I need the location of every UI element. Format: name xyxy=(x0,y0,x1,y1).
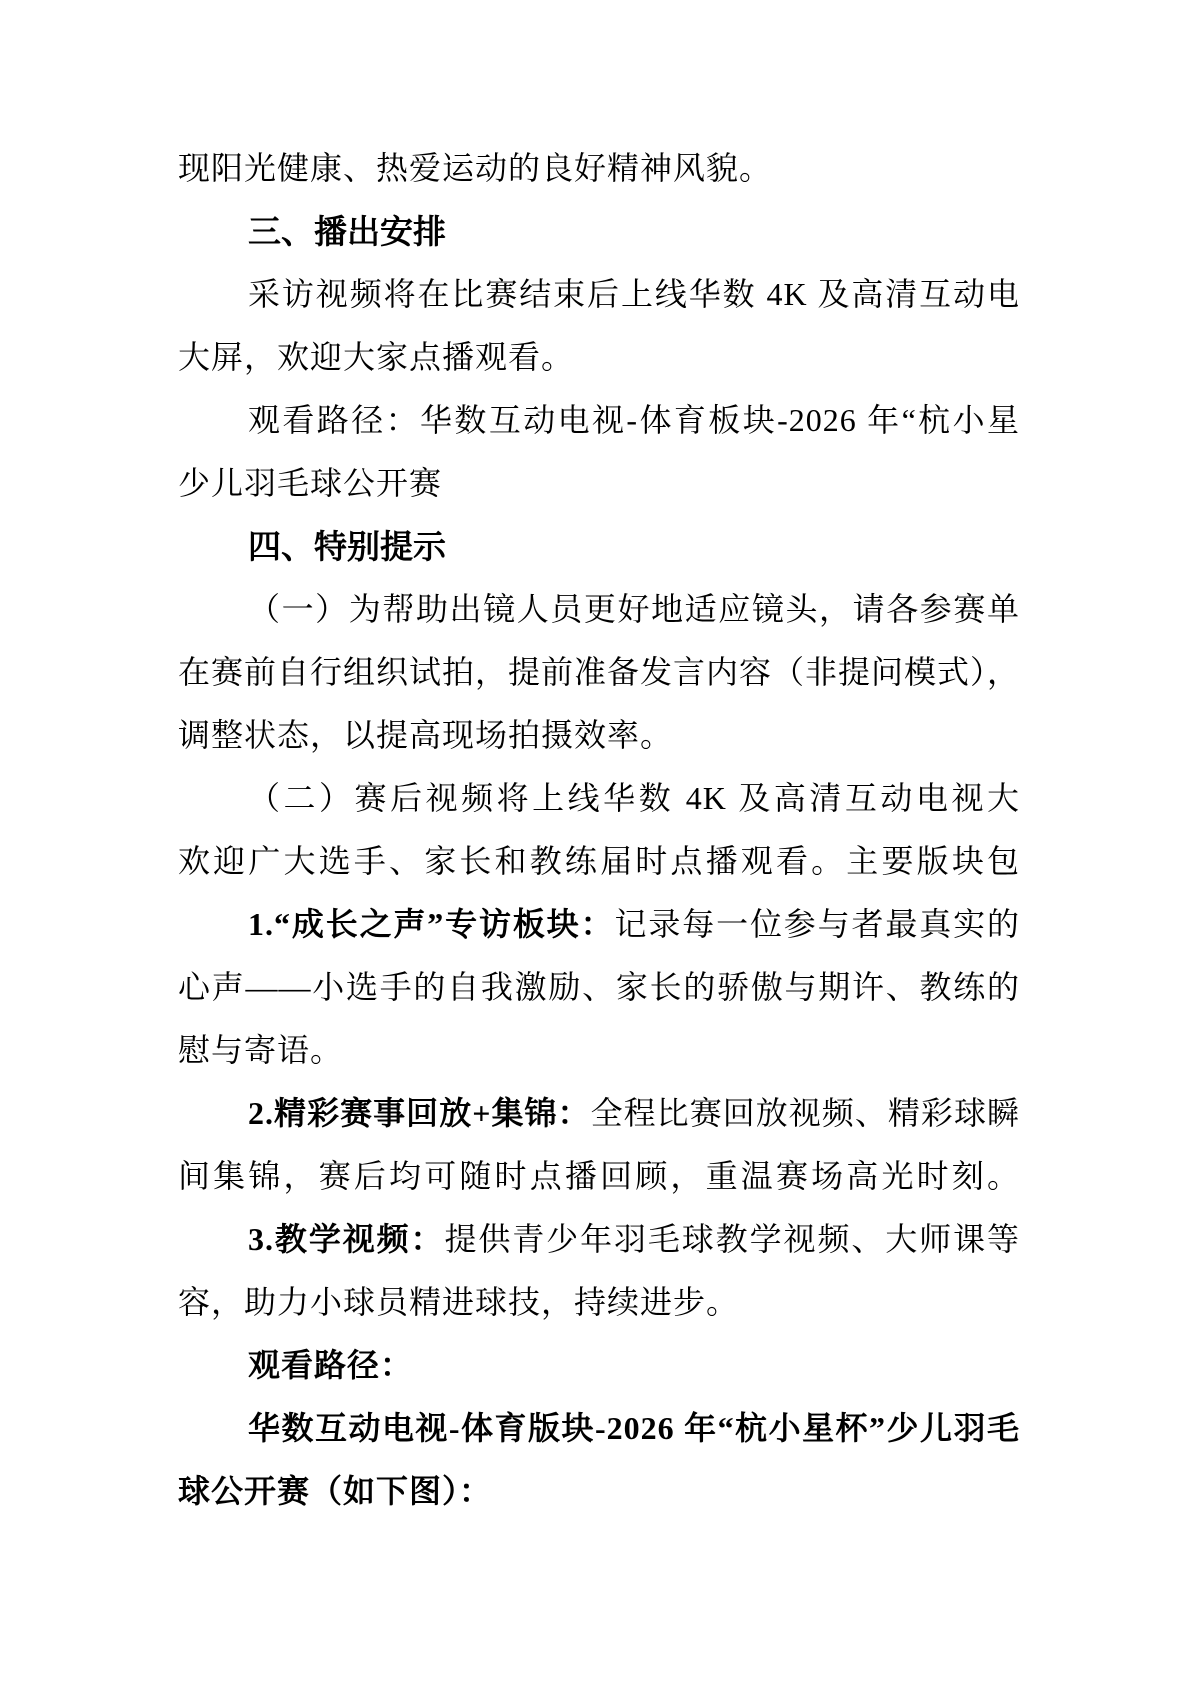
paragraph-line: 心声——小选手的自我激励、家长的骄傲与期许、教练的欣 xyxy=(178,956,1020,1019)
list-item-2-line: 2.精彩赛事回放+集锦：全程比赛回放视频、精彩球瞬 xyxy=(178,1082,1020,1145)
watch-path-label-line: 观看路径： xyxy=(178,1334,1020,1397)
paragraph-line: 观看路径：华数互动电视-体育板块-2026 年“杭小星杯” xyxy=(178,389,1020,452)
paragraph-line: 少儿羽毛球公开赛 xyxy=(178,452,1020,515)
section-heading-3: 三、播出安排 xyxy=(178,200,1020,263)
text-run: 调整状态，以提高现场拍摄效率。 xyxy=(178,717,673,753)
text-run: 记录每一位参与者最真实的 xyxy=(615,906,1021,942)
text-run: 间集锦，赛后均可随时点播回顾，重温赛场高光时刻。 xyxy=(178,1158,1020,1194)
bold-run: 3.教学视频： xyxy=(248,1221,444,1257)
paragraph-line: 采访视频将在比赛结束后上线华数 4K 及高清互动电视 xyxy=(178,263,1020,326)
text-run: 在赛前自行组织试拍，提前准备发言内容（非提问模式）， xyxy=(178,654,1020,690)
paragraph-line: 间集锦，赛后均可随时点播回顾，重温赛场高光时刻。 xyxy=(178,1145,1020,1208)
paragraph-line: （二）赛后视频将上线华数 4K 及高清互动电视大屏， xyxy=(178,767,1020,830)
text-run: 大屏，欢迎大家点播观看。 xyxy=(178,339,574,375)
document-page: 现阳光健康、热爱运动的良好精神风貌。 三、播出安排 采访视频将在比赛结束后上线华… xyxy=(0,0,1190,1683)
text-run: 采访视频将在比赛结束后上线华数 4K 及高清互动电视 xyxy=(248,276,1020,326)
text-run: 心声——小选手的自我激励、家长的骄傲与期许、教练的欣 xyxy=(178,969,1020,1019)
paragraph-line: 调整状态，以提高现场拍摄效率。 xyxy=(178,704,1020,767)
text-run: 慰与寄语。 xyxy=(178,1032,343,1068)
paragraph-line: 大屏，欢迎大家点播观看。 xyxy=(178,326,1020,389)
watch-path-line: 华数互动电视-体育版块-2026 年“杭小星杯”少儿羽毛 xyxy=(178,1397,1020,1460)
bold-run: 1.“成长之声”专访板块： xyxy=(248,906,615,942)
paragraph-line: 慰与寄语。 xyxy=(178,1019,1020,1082)
section-heading-4: 四、特别提示 xyxy=(178,515,1020,578)
text-run: （二）赛后视频将上线华数 4K 及高清互动电视大屏， xyxy=(248,780,1020,830)
text-run: 少儿羽毛球公开赛 xyxy=(178,465,442,501)
watch-path-line: 球公开赛（如下图）： xyxy=(178,1460,1020,1523)
bold-run: 观看路径： xyxy=(248,1347,413,1383)
text-run: 容，助力小球员精进球技，持续进步。 xyxy=(178,1284,739,1320)
paragraph-line: 现阳光健康、热爱运动的良好精神风貌。 xyxy=(178,137,1020,200)
text-run: 全程比赛回放视频、精彩球瞬 xyxy=(591,1095,1020,1131)
heading-text: 三、播出安排 xyxy=(248,212,446,251)
bold-run: 2.精彩赛事回放+集锦： xyxy=(248,1095,591,1131)
text-run: （一）为帮助出镜人员更好地适应镜头，请各参赛单位 xyxy=(248,591,1020,641)
paragraph-line: 在赛前自行组织试拍，提前准备发言内容（非提问模式）， xyxy=(178,641,1020,704)
document-body: 现阳光健康、热爱运动的良好精神风貌。 三、播出安排 采访视频将在比赛结束后上线华… xyxy=(178,137,1020,1523)
heading-text: 四、特别提示 xyxy=(248,527,446,566)
paragraph-line: 容，助力小球员精进球技，持续进步。 xyxy=(178,1271,1020,1334)
text-run: 观看路径：华数互动电视-体育板块-2026 年“杭小星杯” xyxy=(248,402,1020,452)
text-run: 现阳光健康、热爱运动的良好精神风貌。 xyxy=(178,150,772,186)
paragraph-line: 欢迎广大选手、家长和教练届时点播观看。主要版块包括： xyxy=(178,830,1020,893)
list-item-3-line: 3.教学视频：提供青少年羽毛球教学视频、大师课等内 xyxy=(178,1208,1020,1271)
text-run: 欢迎广大选手、家长和教练届时点播观看。主要版块包括： xyxy=(178,843,1020,893)
paragraph-line: （一）为帮助出镜人员更好地适应镜头，请各参赛单位 xyxy=(178,578,1020,641)
bold-run: 球公开赛（如下图）： xyxy=(178,1473,492,1509)
bold-run: 华数互动电视-体育版块-2026 年“杭小星杯”少儿羽毛 xyxy=(248,1410,1020,1446)
list-item-1-line: 1.“成长之声”专访板块：记录每一位参与者最真实的 xyxy=(178,893,1020,956)
